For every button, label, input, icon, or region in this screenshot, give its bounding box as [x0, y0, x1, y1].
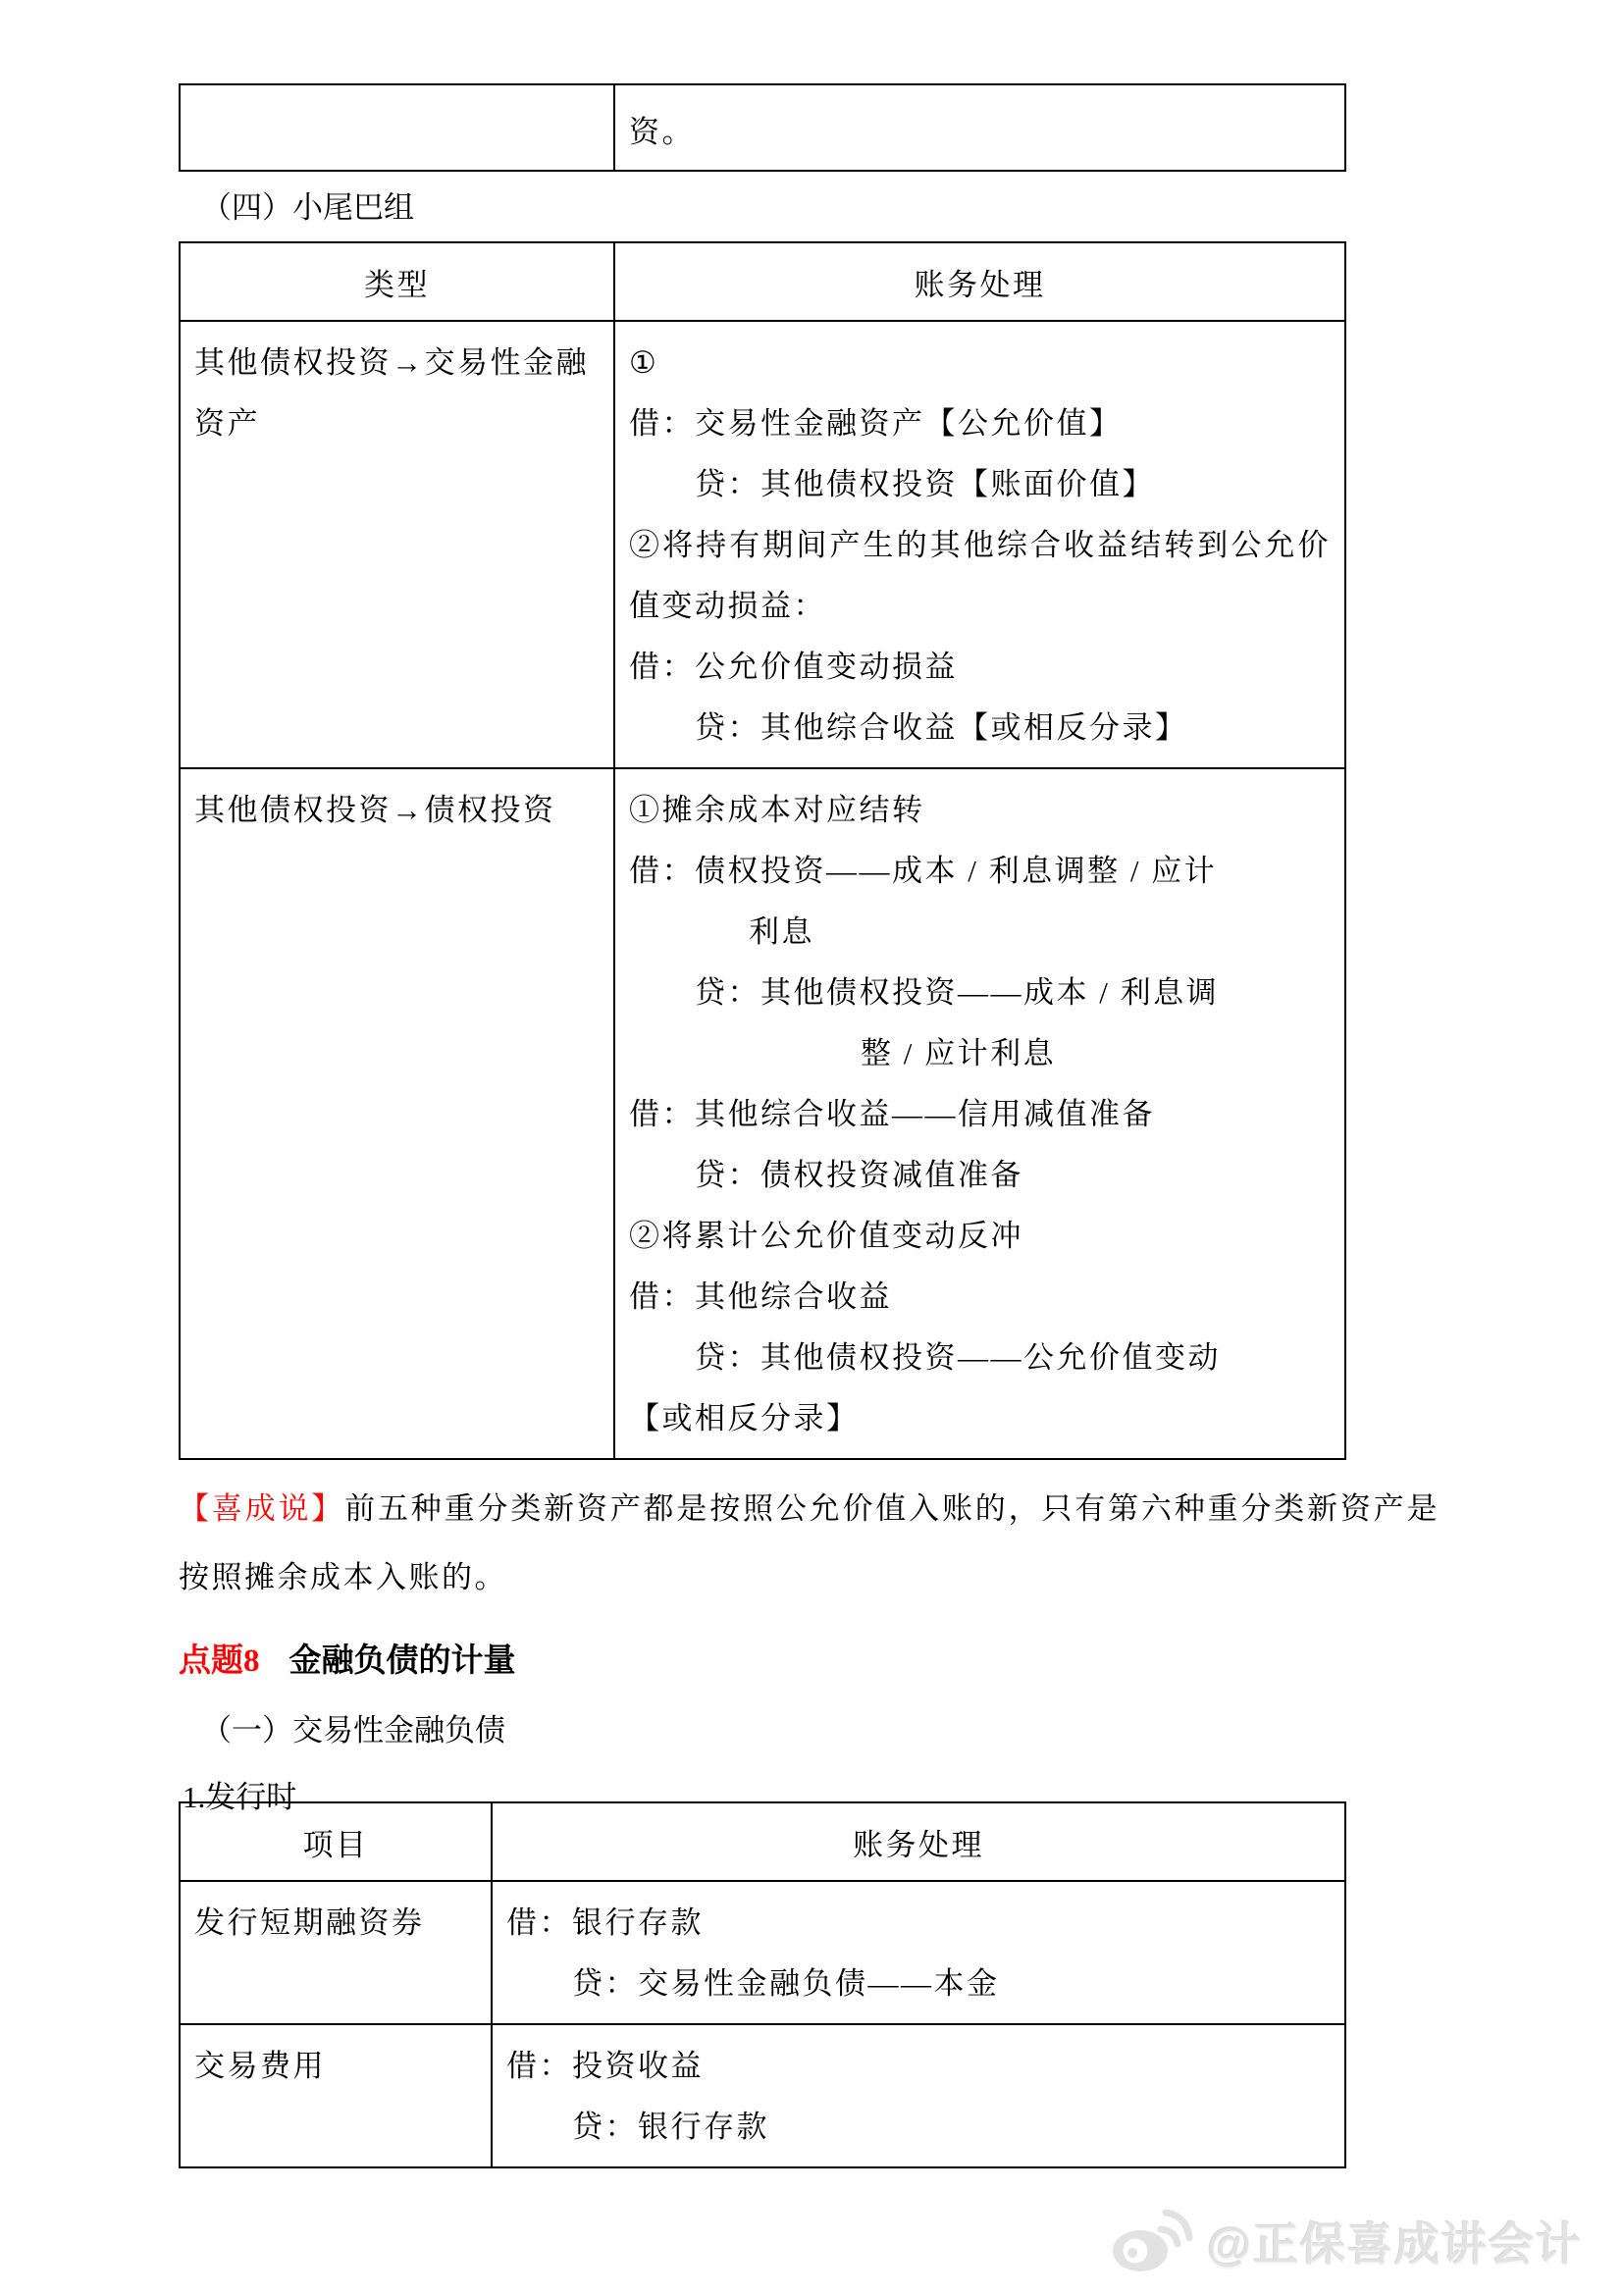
section-heading-4: （四）小尾巴组	[201, 183, 414, 227]
table-row: 其他债权投资→交易性金融资产 ① 借：交易性金融资产【公允价值】 贷：其他债权投…	[180, 321, 1345, 768]
cell-type: 其他债权投资→债权投资	[180, 768, 614, 1459]
subsection-heading-1: （一）交易性金融负债	[201, 1705, 505, 1749]
header-cell-item: 项目	[180, 1802, 492, 1881]
cell-treatment: ① 借：交易性金融资产【公允价值】 贷：其他债权投资【账面价值】 ②将持有期间产…	[614, 321, 1345, 768]
journal-line: ①摊余成本对应结转	[629, 780, 1331, 841]
type-text: 其他债权投资→债权投资	[194, 780, 600, 841]
journal-line: 贷：其他债权投资——成本 / 利息调	[629, 963, 1331, 1023]
header-cell-type: 类型	[180, 242, 614, 321]
note-tag: 【喜成说】	[179, 1491, 344, 1526]
topic-label: 点题8	[179, 1643, 260, 1679]
journal-line: 借：公允价值变动损益	[629, 637, 1331, 698]
table-row: 交易费用 借：投资收益 贷：银行存款	[180, 2024, 1345, 2167]
journal-line: 贷：交易性金融负债——本金	[506, 1954, 1331, 2014]
table-header-row: 类型 账务处理	[180, 242, 1345, 321]
journal-line: 贷：其他债权投资【账面价值】	[629, 454, 1331, 515]
journal-line: 借：交易性金融资产【公允价值】	[629, 393, 1331, 454]
cell-treatment: ①摊余成本对应结转 借：债权投资——成本 / 利息调整 / 应计 利息 贷：其他…	[614, 768, 1345, 1459]
item-text: 交易费用	[194, 2036, 477, 2097]
cell-item: 发行短期融资券	[180, 1881, 492, 2024]
journal-line: 借：银行存款	[506, 1893, 1331, 1954]
journal-line: 借：债权投资——成本 / 利息调整 / 应计	[629, 841, 1331, 902]
journal-line: ②将累计公允价值变动反冲	[629, 1206, 1331, 1267]
journal-line: 借：其他综合收益	[629, 1267, 1331, 1328]
journal-line: 利息	[629, 902, 1331, 963]
watermark-text: @正保喜成讲会计	[1207, 2209, 1583, 2273]
journal-line: 贷：债权投资减值准备	[629, 1145, 1331, 1206]
issue-table: 项目 账务处理 发行短期融资券 借：银行存款 贷：交易性金融负债——本金 交易费…	[179, 1801, 1346, 2168]
item-text: 发行短期融资券	[194, 1893, 477, 1954]
topic-heading: 点题8金融负债的计量	[179, 1635, 516, 1681]
table-cell-empty	[180, 84, 614, 171]
note-text: 前五种重分类新资产都是按照公允价值入账的，只有第六种重分类新资产是按照摊余成本入…	[179, 1491, 1440, 1594]
weibo-icon	[1109, 2206, 1193, 2276]
table-row: 发行短期融资券 借：银行存款 贷：交易性金融负债——本金	[180, 1881, 1345, 2024]
xiaoweiba-table: 类型 账务处理 其他债权投资→交易性金融资产 ① 借：交易性金融资产【公允价值】…	[179, 241, 1346, 1460]
journal-line: 整 / 应计利息	[629, 1023, 1331, 1084]
cell-type: 其他债权投资→交易性金融资产	[180, 321, 614, 768]
journal-line: 【或相反分录】	[629, 1388, 1331, 1449]
table-row: 资。	[180, 84, 1345, 171]
journal-line: 贷：其他债权投资——公允价值变动	[629, 1328, 1331, 1388]
journal-line: 贷：银行存款	[506, 2097, 1331, 2158]
table-row: 其他债权投资→债权投资 ①摊余成本对应结转 借：债权投资——成本 / 利息调整 …	[180, 768, 1345, 1459]
previous-table-fragment: 资。	[179, 83, 1346, 172]
watermark: @正保喜成讲会计	[1109, 2206, 1583, 2276]
table-header-row: 项目 账务处理	[180, 1802, 1345, 1881]
header-cell-treatment: 账务处理	[492, 1802, 1345, 1881]
journal-line: 贷：其他综合收益【或相反分录】	[629, 698, 1331, 758]
table-cell-continuation: 资。	[614, 84, 1345, 171]
journal-line: ①	[629, 333, 1331, 393]
cell-treatment: 借：银行存款 贷：交易性金融负债——本金	[492, 1881, 1345, 2024]
cell-treatment: 借：投资收益 贷：银行存款	[492, 2024, 1345, 2167]
journal-line: ②将持有期间产生的其他综合收益结转到公允价值变动损益：	[629, 515, 1331, 637]
journal-line: 借：其他综合收益——信用减值准备	[629, 1084, 1331, 1145]
cell-item: 交易费用	[180, 2024, 492, 2167]
note-paragraph: 【喜成说】前五种重分类新资产都是按照公允价值入账的，只有第六种重分类新资产是按照…	[179, 1475, 1440, 1612]
document-page: 资。 （四）小尾巴组 类型 账务处理 其他债权投资→交易性金融资产 ① 借：交易…	[0, 0, 1624, 2295]
topic-title: 金融负债的计量	[289, 1643, 516, 1679]
journal-line: 借：投资收益	[506, 2036, 1331, 2097]
type-text: 其他债权投资→交易性金融资产	[194, 333, 600, 454]
header-cell-treatment: 账务处理	[614, 242, 1345, 321]
